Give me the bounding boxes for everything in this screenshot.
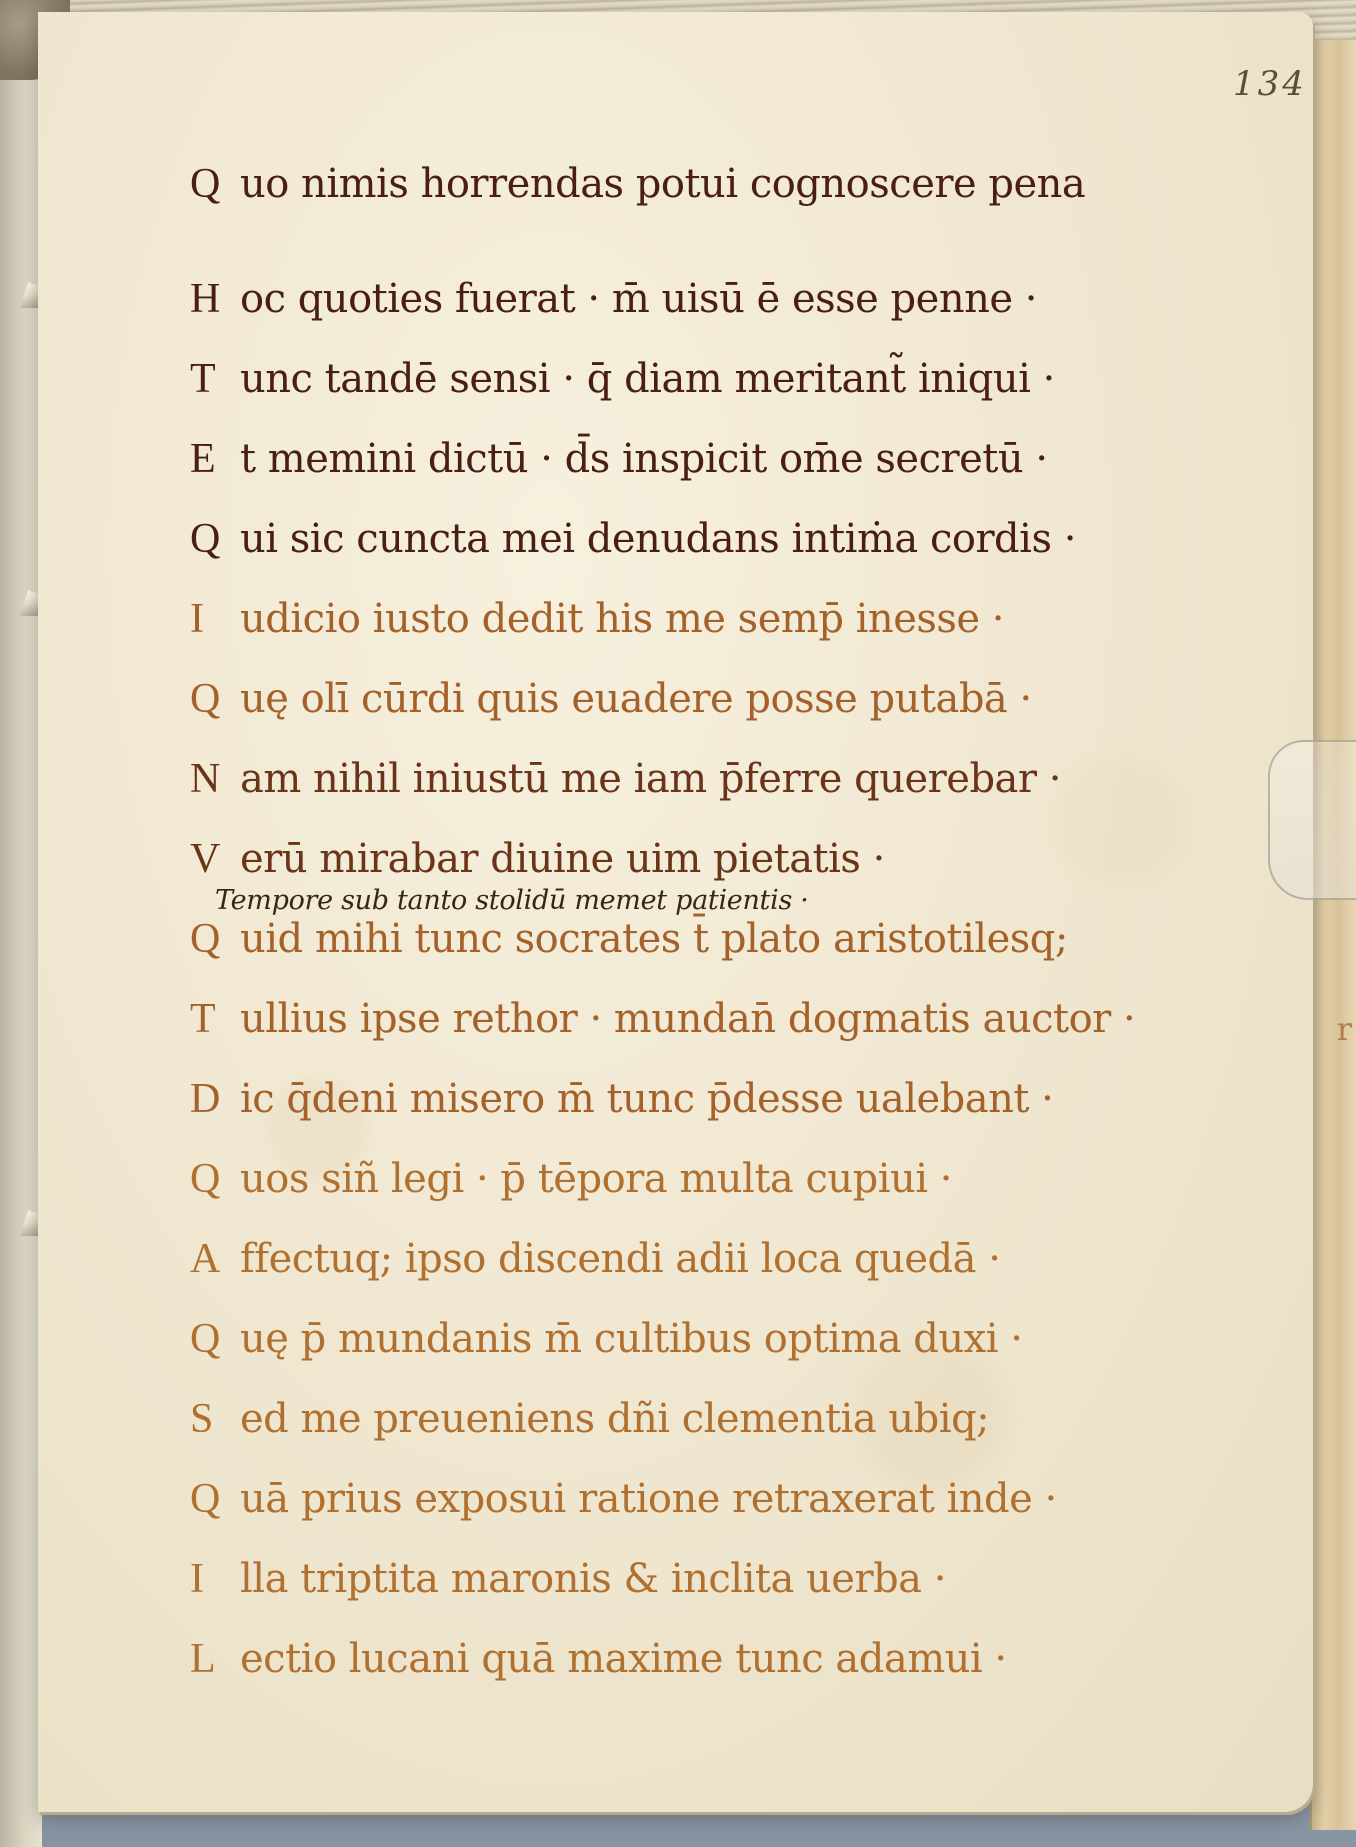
verse-line: Q uę p̄ mundanis m̄ cultibus optima duxi… xyxy=(190,1315,1320,1395)
line-text: unc tandē sensi · q̄ diam meritant̃ iniq… xyxy=(240,356,1055,402)
line-initial: E xyxy=(190,435,240,483)
verse-line: I lla triptita maronis & inclita uerba · xyxy=(190,1555,1320,1635)
line-initial: Q xyxy=(190,1475,240,1523)
line-initial: T xyxy=(190,995,240,1043)
line-initial: Q xyxy=(190,915,240,963)
verse-line: Q uos siñ legi · p̄ tēpora multa cupiui … xyxy=(190,1155,1320,1235)
line-text: am nihil iniustū me iam p̄ferre querebar… xyxy=(240,756,1061,802)
line-text: uę p̄ mundanis m̄ cultibus optima duxi · xyxy=(240,1316,1022,1362)
verse-line: D ic q̄deni misero m̄ tunc p̄desse ualeb… xyxy=(190,1075,1320,1155)
manuscript-scene: r 134 7 Q uo nimis horrendas potui cogno… xyxy=(0,0,1356,1847)
verse-line: Q uā prius exposui ratione retraxerat in… xyxy=(190,1475,1320,1555)
line-initial: Q xyxy=(190,1155,240,1203)
line-text: ullius ipse rethor · mundan̄ dogmatis au… xyxy=(240,996,1135,1042)
line-text: ffectuq; ipso discendi adii loca quedā · xyxy=(240,1236,1000,1282)
line-initial: Q xyxy=(190,1315,240,1363)
line-text: ui sic cuncta mei denudans intiṁa cordi… xyxy=(240,516,1076,562)
line-text: ed me preueniens dñi clementia ubiq; xyxy=(240,1396,989,1442)
line-initial: A xyxy=(190,1235,240,1283)
line-text: ectio lucani quā maxime tunc adamui · xyxy=(240,1636,1007,1682)
verse-line: T unc tandē sensi · q̄ diam meritant̃ in… xyxy=(190,355,1320,435)
verse-line: Q uid mihi tunc socrates t̄ plato aristo… xyxy=(190,915,1320,995)
line-text: uę olī cūrdi quis euadere posse putabā · xyxy=(240,676,1032,722)
verse-line: I udicio iusto dedit his me semp̄ inesse… xyxy=(190,595,1320,675)
verse-line: E t memini dictū · d̄s inspicit om̄e sec… xyxy=(190,435,1320,515)
line-initial: Q xyxy=(190,675,240,723)
line-initial: Q xyxy=(190,515,240,563)
line-text: oc quoties fuerat · m̄ uisū ē esse penne… xyxy=(240,276,1037,322)
next-leaf-text-fragment: r xyxy=(1337,1010,1352,1048)
line-initial: I xyxy=(190,1555,240,1603)
binding-gutter xyxy=(0,0,42,1847)
line-initial: Q xyxy=(190,160,240,208)
line-initial: H xyxy=(190,275,240,323)
line-text: uā prius exposui ratione retraxerat inde… xyxy=(240,1476,1057,1522)
verse-text-block: Q uo nimis horrendas potui cognoscere pe… xyxy=(190,160,1320,1715)
line-text: udicio iusto dedit his me semp̄ inesse · xyxy=(240,596,1004,642)
verse-line: Q uę olī cūrdi quis euadere posse putabā… xyxy=(190,675,1320,755)
line-initial: S xyxy=(190,1395,240,1443)
line-text: uid mihi tunc socrates t̄ plato aristoti… xyxy=(240,916,1068,962)
line-initial: I xyxy=(190,595,240,643)
verse-line: Q ui sic cuncta mei denudans intiṁa cor… xyxy=(190,515,1320,595)
line-initial: L xyxy=(190,1635,240,1683)
verse-line: L ectio lucani quā maxime tunc adamui · xyxy=(190,1635,1320,1715)
line-text: lla triptita maronis & inclita uerba · xyxy=(240,1556,946,1602)
verse-line: S ed me preueniens dñi clementia ubiq; xyxy=(190,1395,1320,1475)
interlinear-gloss: Tempore sub tanto stolidū memet patienti… xyxy=(215,885,809,916)
folio-number: 134 xyxy=(1233,64,1307,104)
line-initial: D xyxy=(190,1075,240,1123)
line-text: ic q̄deni misero m̄ tunc p̄desse ualeban… xyxy=(240,1076,1053,1122)
verse-line: H oc quoties fuerat · m̄ uisū ē esse pen… xyxy=(190,275,1320,355)
line-initial: T xyxy=(190,355,240,403)
verse-line: T ullius ipse rethor · mundan̄ dogmatis … xyxy=(190,995,1320,1075)
line-text: uo nimis horrendas potui cognoscere pena xyxy=(240,161,1085,207)
verse-line: Q uo nimis horrendas potui cognoscere pe… xyxy=(190,160,1320,275)
line-text: t memini dictū · d̄s inspicit om̄e secre… xyxy=(240,436,1048,482)
line-initial: N xyxy=(190,755,240,803)
verse-line: A ffectuq; ipso discendi adii loca quedā… xyxy=(190,1235,1320,1315)
verse-line: N am nihil iniustū me iam p̄ferre quereb… xyxy=(190,755,1320,835)
line-text: erū mirabar diuine uim pietatis · xyxy=(240,836,885,882)
line-initial: V xyxy=(190,835,240,883)
line-text: uos siñ legi · p̄ tēpora multa cupiui · xyxy=(240,1156,952,1202)
